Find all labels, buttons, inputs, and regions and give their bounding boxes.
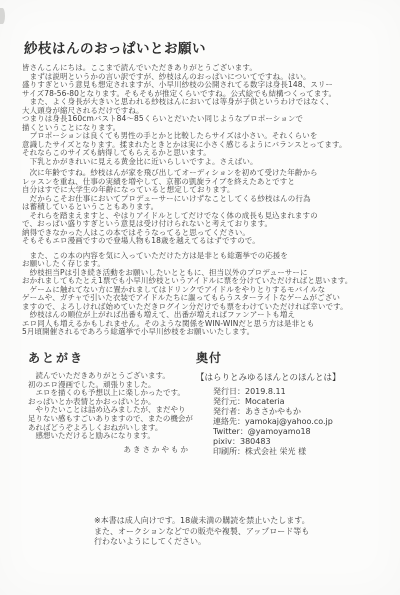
colophon-author: 発行者：あきさかやもか: [213, 407, 386, 417]
colophon-section: 奥付 【はらりとみゆるほんとのほんとは】 発行日：2019.8.11 発行元：M…: [196, 349, 386, 457]
colophon-publish-date: 発行日：2019.8.11: [213, 387, 386, 397]
colophon-printer: 印刷所：株式会社 栄光 様: [213, 447, 386, 457]
author-signature: あきさかやもか: [28, 444, 190, 455]
paragraph-bust-size-explanation: 皆さんこんにちは。ここまで読んでいただきありがとうございます。 まずは説明という…: [22, 64, 390, 166]
scan-artifact-smudge: [0, 8, 5, 24]
colophon-publisher: 発行元：Mocateria: [213, 397, 386, 407]
afterword-section: あとがき 読んでいただきありがとうございます。 初のエロ漫画でした。頑張りました…: [28, 349, 196, 455]
book-title: 【はらりとみゆるほんとのほんとは】: [196, 371, 386, 383]
afterword-text: 読んでいただきありがとうございます。 初のエロ漫画でした。頑張りました。 エロを…: [28, 372, 196, 441]
colophon-twitter: Twitter：@yamoyamo18: [213, 427, 386, 437]
page-title: 紗枝はんのおっぱいとお願い: [24, 37, 206, 57]
paragraph-election-request: また、この本の内容を気に入っていただけた方は是非とも総選挙での応援を お願いした…: [22, 252, 390, 337]
scanned-doujin-afterword-page: 紗枝はんのおっぱいとお願い 皆さんこんにちは。ここまで読んでいただきありがとうご…: [0, 0, 400, 595]
colophon-heading: 奥付: [196, 349, 386, 366]
colophon-entries: 発行日：2019.8.11 発行元：Mocateria 発行者：あきさかやもか …: [213, 387, 386, 457]
paragraph-age-explanation: 次に年齢ですね。紗枝はんが家を飛び出してオーディションを初めて受けた年齢から レ…: [22, 169, 390, 246]
colophon-pixiv: pixiv：380483: [213, 437, 386, 447]
afterword-heading: あとがき: [28, 349, 196, 366]
colophon-contact-email: 連絡先：yamokaj@yahoo.co.jp: [213, 417, 386, 427]
main-text: 皆さんこんにちは。ここまで読んでいただきありがとうございます。 まずは説明という…: [22, 64, 390, 337]
adult-content-warning: ※本書は成人向けです。18歳未満の購読を禁止いたします。 また、オークションなど…: [94, 516, 310, 548]
